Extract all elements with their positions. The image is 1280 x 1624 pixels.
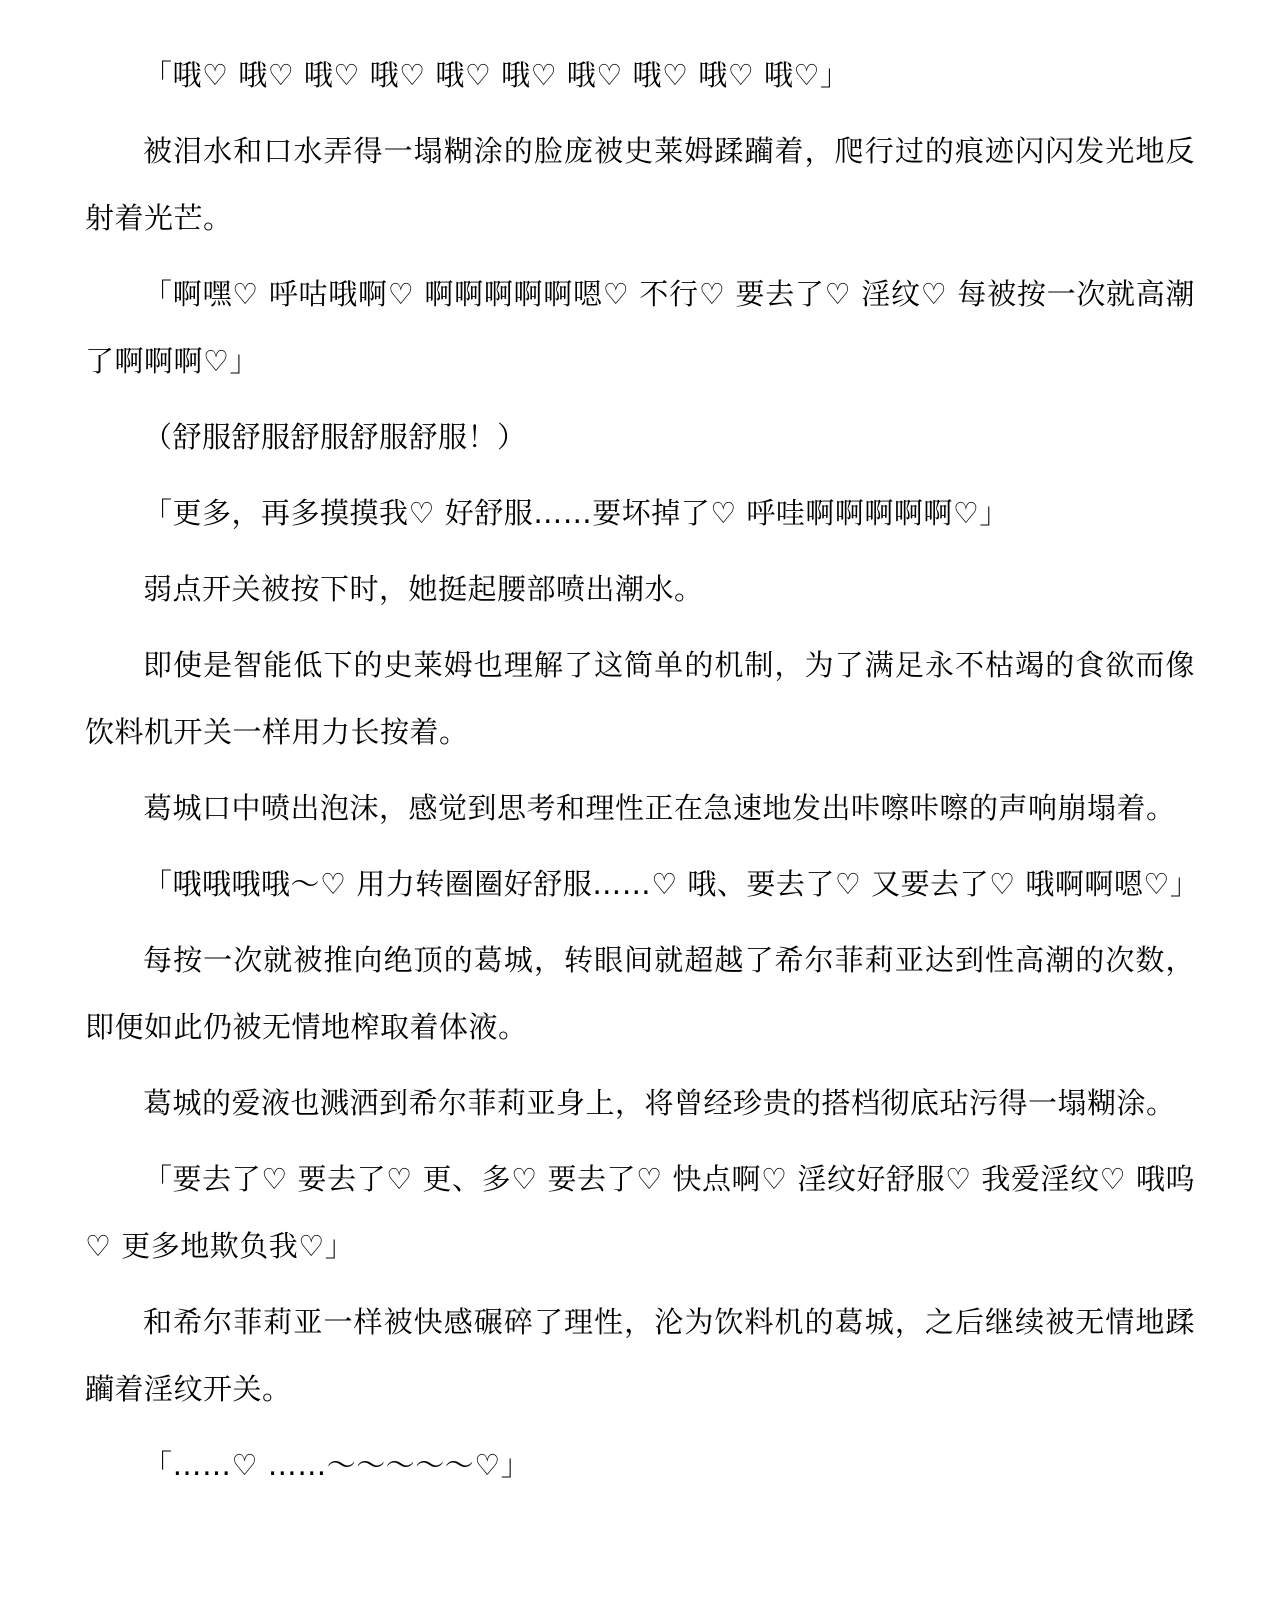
paragraph-narration: 即使是智能低下的史莱姆也理解了这简单的机制，为了满足永不枯竭的食欲而像饮料机开关… — [85, 632, 1195, 766]
text-document-page: 「哦♡ 哦♡ 哦♡ 哦♡ 哦♡ 哦♡ 哦♡ 哦♡ 哦♡ 哦♡」 被泪水和口水弄得… — [0, 0, 1280, 1624]
paragraph-narration: 每按一次就被推向绝顶的葛城，转眼间就超越了希尔菲莉亚达到性高潮的次数，即便如此仍… — [85, 927, 1195, 1061]
paragraph-narration: 葛城的爱液也溅洒到希尔菲莉亚身上，将曾经珍贵的搭档彻底玷污得一塌糊涂。 — [85, 1070, 1195, 1137]
paragraph-dialogue: 「哦哦哦哦～♡ 用力转圈圈好舒服……♡ 哦、要去了♡ 又要去了♡ 哦啊啊嗯♡」 — [85, 851, 1195, 918]
paragraph-narration: 被泪水和口水弄得一塌糊涂的脸庞被史莱姆蹂躏着，爬行过的痕迹闪闪发光地反射着光芒。 — [85, 118, 1195, 252]
paragraph-narration: 和希尔菲莉亚一样被快感碾碎了理性，沦为饮料机的葛城，之后继续被无情地蹂躏着淫纹开… — [85, 1289, 1195, 1423]
paragraph-narration: 弱点开关被按下时，她挺起腰部喷出潮水。 — [85, 556, 1195, 623]
paragraph-narration: 葛城口中喷出泡沫，感觉到思考和理性正在急速地发出咔嚓咔嚓的声响崩塌着。 — [85, 775, 1195, 842]
paragraph-thought: （舒服舒服舒服舒服舒服！） — [85, 404, 1195, 471]
paragraph-dialogue: 「更多，再多摸摸我♡ 好舒服……要坏掉了♡ 呼哇啊啊啊啊啊♡」 — [85, 480, 1195, 547]
paragraph-dialogue: 「啊嘿♡ 呼咕哦啊♡ 啊啊啊啊啊嗯♡ 不行♡ 要去了♡ 淫纹♡ 每被按一次就高潮… — [85, 261, 1195, 395]
paragraph-dialogue: 「哦♡ 哦♡ 哦♡ 哦♡ 哦♡ 哦♡ 哦♡ 哦♡ 哦♡ 哦♡」 — [85, 42, 1195, 109]
paragraph-dialogue: 「……♡ ……～～～～～♡」 — [85, 1432, 1195, 1499]
paragraph-dialogue: 「要去了♡ 要去了♡ 更、多♡ 要去了♡ 快点啊♡ 淫纹好舒服♡ 我爱淫纹♡ 哦… — [85, 1146, 1195, 1280]
